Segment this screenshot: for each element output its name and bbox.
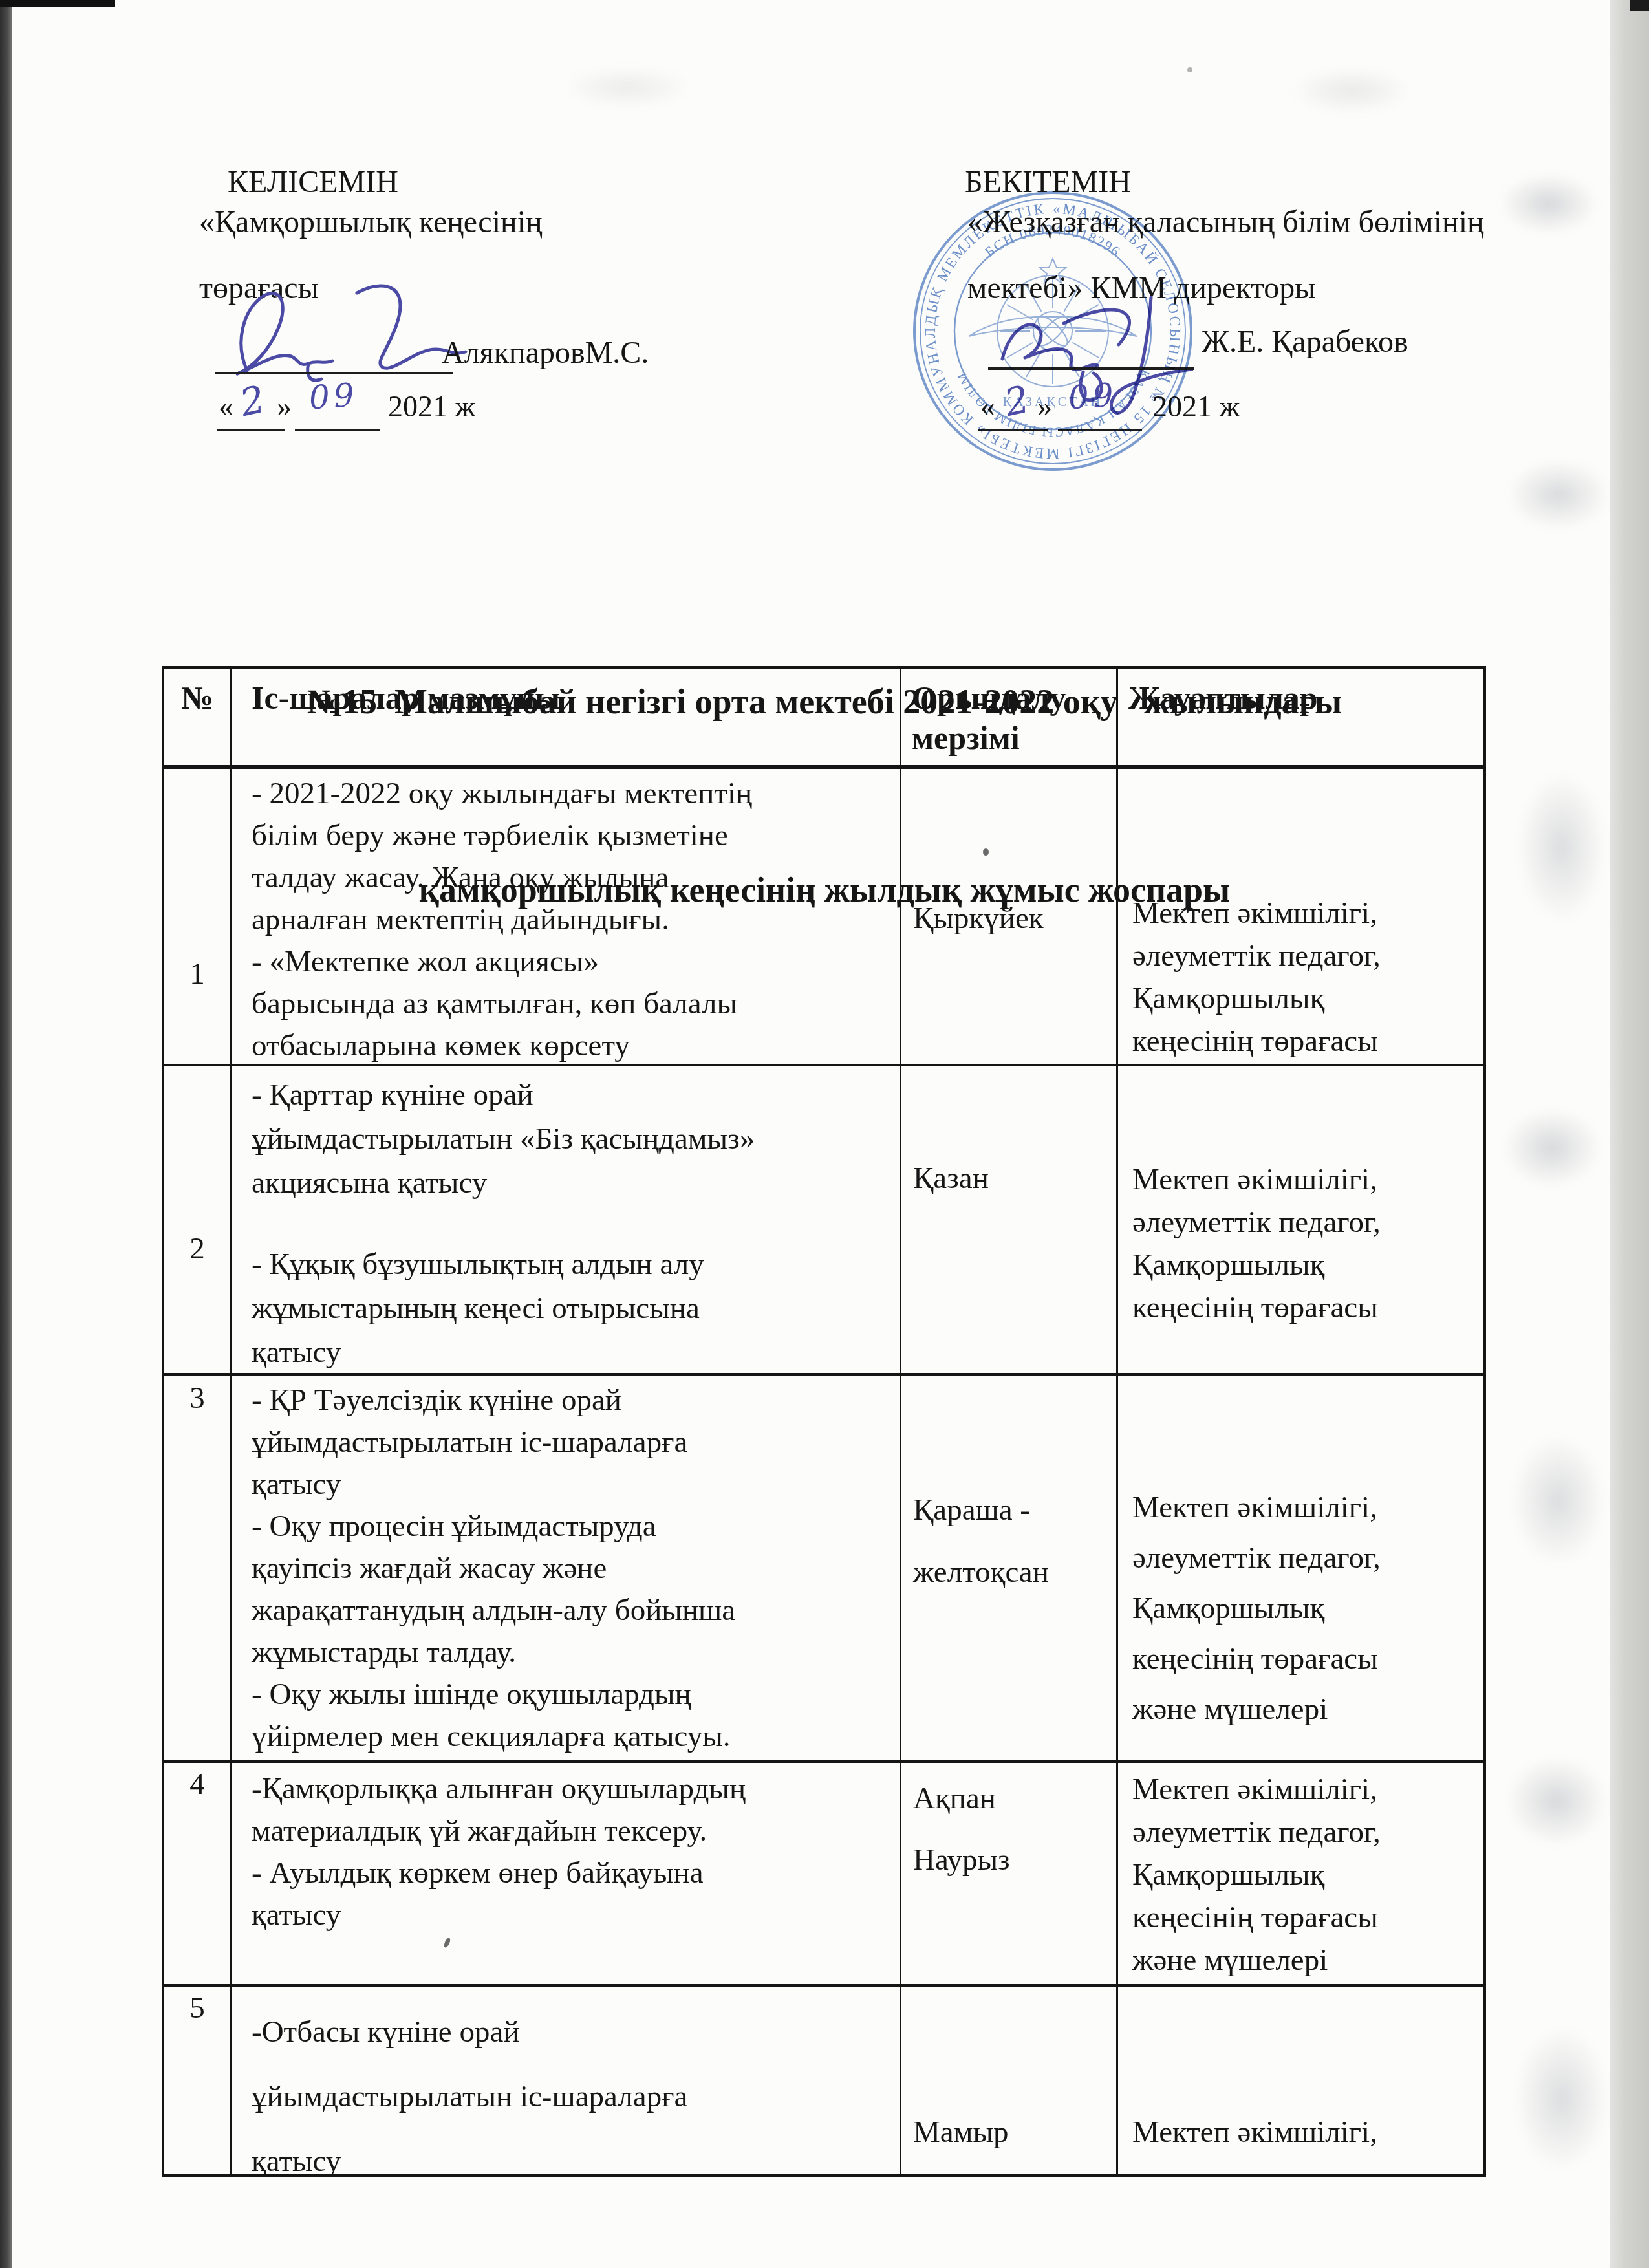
agreement-heading: КЕЛІСЕМІН (228, 164, 398, 200)
term-line: Ақпан (913, 1768, 1116, 1830)
activity-line: қатысу (252, 2129, 890, 2174)
responsible-line: кеңесінің төрағасы (1132, 1020, 1477, 1063)
handwritten-month: 09 (308, 376, 359, 416)
responsible-line: және мүшелері (1132, 1684, 1477, 1734)
row-number: 3 (164, 1376, 232, 1763)
activity-line: қатысу (252, 1330, 890, 1374)
activity-line: акциясына қатысу (252, 1161, 890, 1205)
svg-text:«МАЛШЫБАЙ СЕЛОСЫНЫҢ № 15 НЕГІЗ: «МАЛШЫБАЙ СЕЛОСЫНЫҢ № 15 НЕГІЗГІ МЕКТЕБІ… (922, 200, 1183, 462)
activity-line: отбасыларына көмек көрсету (252, 1025, 890, 1066)
smudge (1487, 446, 1630, 543)
date-year: 2021 ж (388, 389, 475, 424)
responsible-line: Қамқоршылық (1132, 1244, 1477, 1286)
responsible-line: және мүшелері (1132, 1939, 1477, 1982)
activity-line: жұмыстарының кеңесі отырысына (252, 1286, 890, 1330)
responsible-cell: Мектеп әкімшілігі, (1118, 1987, 1483, 2174)
date-underline (217, 429, 285, 431)
row-number: 2 (164, 1066, 232, 1376)
term-line: Қазан (913, 1157, 1116, 1200)
header-cell-responsible: Жауаптылар (1118, 669, 1483, 769)
header-cell-number: № (164, 669, 232, 769)
activity-line: ұйымдастырылатын іс-шараларға (252, 1421, 890, 1463)
blank-line (252, 1205, 890, 1242)
responsible-cell: Мектеп әкімшілігі, әлеуметтік педагог, Қ… (1118, 1376, 1483, 1763)
responsible-line: әлеуметтік педагог, (1132, 1811, 1477, 1853)
term-line: Қараша - (913, 1479, 1116, 1541)
activities-cell: - 2021-2022 оқу жылындағы мектептің білі… (232, 769, 901, 1066)
term-line: желтоқсан (913, 1541, 1116, 1603)
activity-line: талдау жасау. Жаңа оқу жылына (252, 857, 890, 899)
date-underline (295, 429, 380, 431)
responsible-line: Қамқоршылық (1132, 1853, 1477, 1896)
signature-line-left (215, 372, 453, 374)
activity-line: барысында аз қамтылған, көп балалы (252, 983, 890, 1025)
activities-cell: - ҚР Тәуелсіздік күніне орай ұйымдастыры… (232, 1376, 901, 1763)
activities-cell: -Отбасы күніне орай ұйымдастырылатын іс-… (232, 1987, 901, 2174)
responsible-line: кеңесінің төрағасы (1132, 1634, 1477, 1684)
activity-line: - Оқу процесін ұйымдастыруда (252, 1506, 890, 1548)
signature-left (208, 277, 480, 387)
responsible-cell: Мектеп әкімшілігі, әлеуметтік педагог, Қ… (1118, 1066, 1483, 1376)
activity-line: - ҚР Тәуелсіздік күніне орай (252, 1379, 890, 1421)
activity-line: - Оқу жылы ішінде оқушылардың (252, 1674, 890, 1716)
smudge (1481, 162, 1617, 246)
responsible-cell: Мектеп әкімшілігі, әлеуметтік педагог, Қ… (1118, 1763, 1483, 1987)
smudge (537, 58, 718, 116)
responsible-line: Қамқоршылық (1132, 977, 1477, 1020)
smudge (1484, 1093, 1620, 1203)
work-plan-table: № Іс-шаралар мазмұны Орындалу мерзімі Жа… (162, 666, 1486, 2177)
scanned-document-page: КЕЛІСЕМІН «Қамқоршылық кеңесінің төрағас… (0, 0, 1649, 2268)
activity-line: - Құқық бұзушылықтың алдын алу (252, 1242, 890, 1286)
smudge (1487, 1740, 1626, 1863)
smudge (1494, 1410, 1623, 1591)
activity-line: - Қарттар күніне орай (252, 1073, 890, 1117)
activity-line: қатысу (252, 1463, 890, 1506)
activity-line: материалдық үй жағдайын тексеру. (252, 1810, 890, 1852)
kazakhstan-emblem: ҚАЗАҚСТАН (969, 259, 1137, 409)
term-cell: Қараша - желтоқсан (901, 1376, 1118, 1763)
activities-cell: -Қамқорлыққа алынған оқушылардың материа… (232, 1763, 901, 1987)
activity-line: қауіпсіз жағдай жасау және (252, 1548, 890, 1590)
activity-line: білім беру және тәрбиелік қызметіне (252, 815, 890, 857)
responsible-line: әлеуметтік педагог, (1132, 1201, 1477, 1244)
responsible-line: кеңесінің төрағасы (1132, 1896, 1477, 1939)
signer-name-left: АлякпаровМ.С. (442, 335, 649, 371)
smudge (1267, 58, 1436, 123)
term-cell: Қазан (901, 1066, 1118, 1376)
signer-name-right: Ж.Е. Қарабеков (1202, 324, 1408, 360)
emblem-label: ҚАЗАҚСТАН (1003, 395, 1103, 409)
activity-line: -Отбасы күніне орай (252, 2000, 890, 2064)
date-open-quote: « (219, 389, 233, 424)
term-line: Мамыр (913, 2111, 1116, 2154)
term-cell: Мамыр (901, 1987, 1118, 2174)
responsible-line: әлеуметтік педагог, (1132, 934, 1477, 977)
term-line: Қыркүйек (913, 897, 1116, 940)
row-number: 1 (164, 769, 232, 1066)
row-number: 4 (164, 1763, 232, 1987)
row-number: 5 (164, 1987, 232, 2174)
official-stamp: «МАЛШЫБАЙ СЕЛОСЫНЫҢ № 15 НЕГІЗГІ МЕКТЕБІ… (911, 189, 1195, 473)
responsible-line: Мектеп әкімшілігі, (1132, 892, 1477, 934)
term-line: Наурыз (913, 1830, 1116, 1891)
activity-line: үйірмелер мен секцияларға қатысуы. (252, 1716, 890, 1758)
activity-line: - «Мектепке жол акциясы» (252, 941, 890, 983)
scan-notch-top-right (1630, 0, 1649, 11)
responsible-line: Мектеп әкімшілігі, (1132, 1158, 1477, 1201)
activity-line: жұмыстарды талдау. (252, 1632, 890, 1674)
date-close-quote: » (277, 389, 292, 424)
activity-line: - Ауылдық көркем өнер байқауына (252, 1852, 890, 1894)
responsible-line: Мектеп әкімшілігі, (1132, 2111, 1477, 2154)
responsible-line: Қамқоршылық (1132, 1583, 1477, 1634)
smudge (1497, 1998, 1626, 2199)
activity-line: ұйымдастырылатын іс-шараларға (252, 2064, 890, 2129)
responsible-line: әлеуметтік педагог, (1132, 1533, 1477, 1583)
stamp-ring-outer-text: «МАЛШЫБАЙ СЕЛОСЫНЫҢ № 15 НЕГІЗГІ МЕКТЕБІ… (922, 200, 1183, 462)
activity-line: ұйымдастырылатын «Біз қасыңдамыз» (252, 1117, 890, 1161)
header-cell-activities: Іс-шаралар мазмұны (232, 669, 901, 769)
term-cell: Қыркүйек (901, 769, 1118, 1066)
agreement-line1: «Қамқоршылық кеңесінің (199, 204, 543, 240)
responsible-cell: Мектеп әкімшілігі, әлеуметтік педагог, Қ… (1118, 769, 1483, 1066)
header-cell-term: Орындалу мерзімі (901, 669, 1118, 769)
term-cell: Ақпан Наурыз (901, 1763, 1118, 1987)
responsible-line: кеңесінің төрағасы (1132, 1286, 1477, 1329)
scan-bar-top-left (0, 0, 115, 7)
responsible-line: Мектеп әкімшілігі, (1132, 1768, 1477, 1811)
speck (1187, 67, 1192, 72)
activity-line: жарақаттанудың алдын-алу бойынша (252, 1590, 890, 1632)
activity-line: -Қамқорлыққа алынған оқушылардың (252, 1768, 890, 1810)
activity-line: арналған мектептің дайындығы. (252, 899, 890, 941)
activity-line: - 2021-2022 оқу жылындағы мектептің (252, 773, 890, 815)
activities-cell: - Қарттар күніне орай ұйымдастырылатын «… (232, 1066, 901, 1376)
scan-edge-left (0, 0, 12, 2268)
responsible-line: Мектеп әкімшілігі, (1132, 1482, 1477, 1533)
activity-line: қатысу (252, 1894, 890, 1936)
